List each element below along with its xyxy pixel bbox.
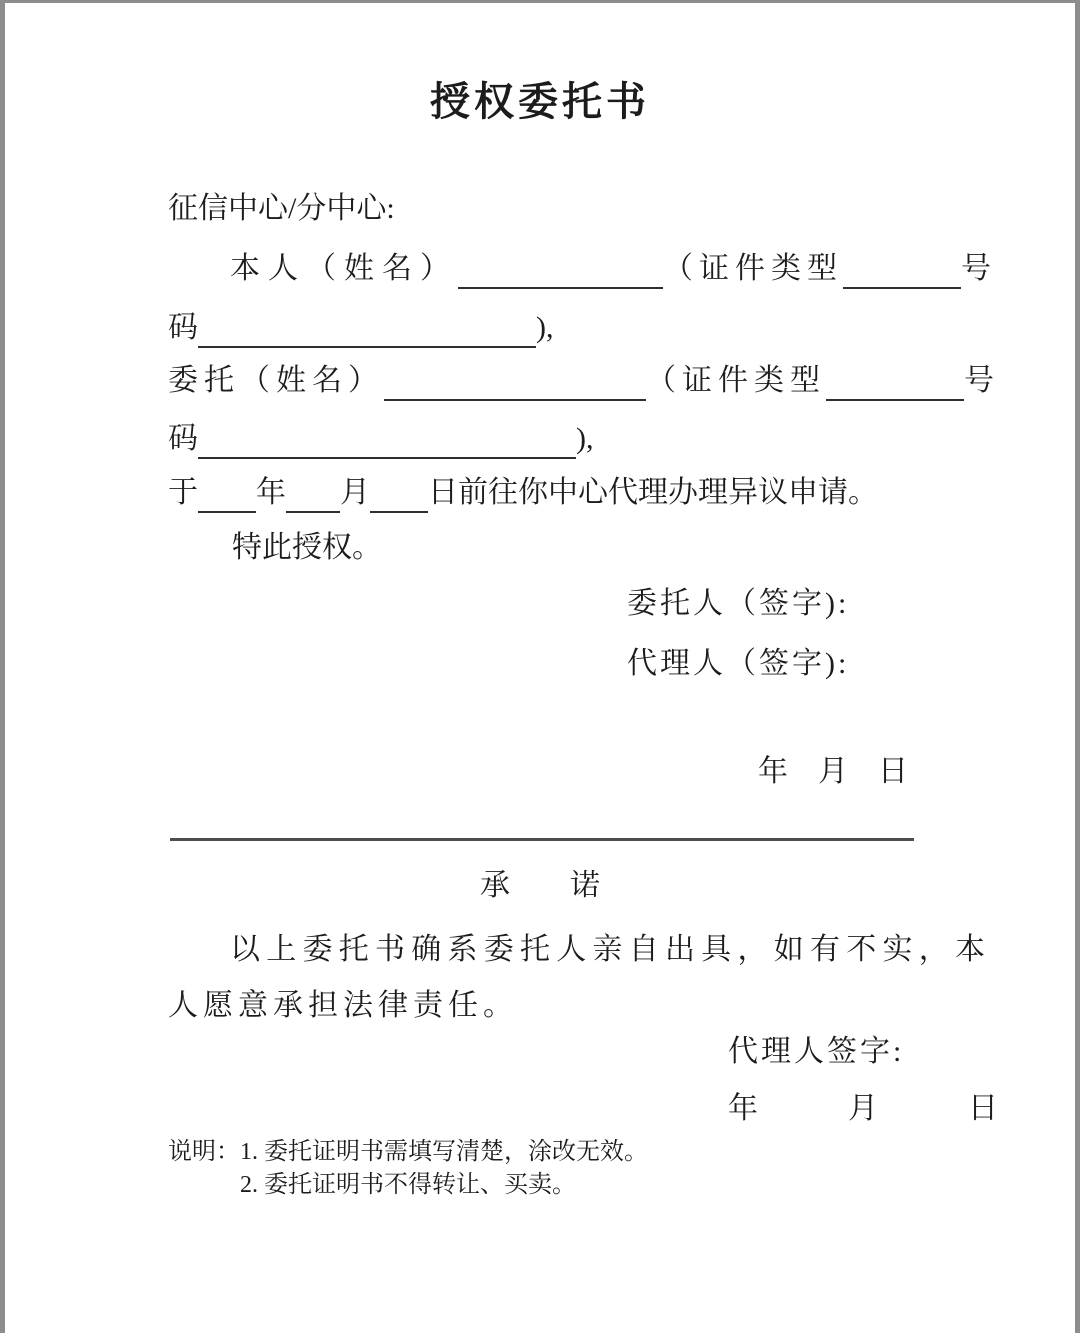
notes-list: 1. 委托证明书需填写清楚，涂改无效。 2. 委托证明书不得转让、买卖。: [240, 1136, 648, 1202]
visit-prefix: 于: [168, 476, 198, 509]
agent-signature-text: 代理人（签字):: [627, 647, 849, 680]
promise-body-paragraph: 以上委托书确系委托人亲自出具，如有不实，本人愿意承担法律责任。: [168, 922, 990, 1034]
agent-identity-line: 委托（姓名）（证件类型号: [168, 361, 994, 401]
promise-date-line: 年 月 日: [728, 1089, 998, 1129]
authorization-statement: 特此授权。: [232, 528, 382, 568]
agent-close-paren: ),: [576, 422, 594, 455]
principal-signature-text: 委托人（签字):: [627, 587, 849, 620]
visit-month-label: 月: [340, 476, 370, 509]
principal-id-type-label: （证件类型: [663, 252, 843, 285]
principal-id-no-wrap: 码: [168, 311, 198, 344]
agent-signature-label: 代理人（签字):: [627, 644, 849, 684]
scan-edge-top: [0, 0, 1080, 3]
agent-id-no-suffix: 号: [964, 364, 994, 397]
principal-name-label: 本人（姓名）: [230, 252, 458, 285]
document-title: 授权委托书: [0, 70, 1080, 127]
notes-section: 说明： 1. 委托证明书需填写清楚，涂改无效。 2. 委托证明书不得转让、买卖。: [168, 1136, 648, 1202]
scan-edge-right: [1075, 0, 1080, 1333]
section-divider-rule: [170, 838, 914, 841]
promise-heading-text: 承 诺: [480, 869, 600, 902]
salutation-text: 征信中心/分中心:: [168, 192, 395, 225]
principal-signature-label: 委托人（签字):: [627, 584, 849, 624]
promise-agent-signature-label: 代理人签字:: [728, 1032, 904, 1072]
promise-agent-signature-text: 代理人签字:: [728, 1035, 904, 1068]
principal-id-number-blank: [198, 312, 536, 348]
agent-id-no-wrap: 码: [168, 422, 198, 455]
visit-year-blank: [198, 477, 256, 513]
principal-id-no-suffix: 号: [961, 252, 991, 285]
principal-id-number-line: 码),: [168, 308, 554, 348]
signature-date-line: 年 月 日: [758, 752, 908, 792]
agent-name-label: 委托（姓名）: [168, 364, 384, 397]
principal-close-paren: ),: [536, 311, 554, 344]
visit-suffix: 日前往你中心代理办理异议申请。: [428, 476, 878, 509]
note-item-2: 2. 委托证明书不得转让、买卖。: [240, 1169, 648, 1202]
document-page: 授权委托书 征信中心/分中心: 本人（姓名）（证件类型号 码), 委托（姓名）（…: [0, 0, 1080, 1333]
signature-date-text: 年 月 日: [758, 755, 908, 788]
promise-date-text: 年 月 日: [728, 1092, 998, 1125]
agent-name-blank: [384, 365, 646, 401]
agent-id-number-blank: [198, 423, 576, 459]
scan-edge-left: [0, 0, 5, 1333]
agent-id-type-blank: [826, 365, 964, 401]
principal-id-type-blank: [843, 253, 961, 289]
principal-identity-line: 本人（姓名）（证件类型号: [168, 249, 991, 289]
visit-month-blank: [286, 477, 340, 513]
visit-year-label: 年: [256, 476, 286, 509]
visit-date-line: 于年月日前往你中心代理办理异议申请。: [168, 473, 878, 513]
visit-day-blank: [370, 477, 428, 513]
note-item-1: 1. 委托证明书需填写清楚，涂改无效。: [240, 1136, 648, 1169]
principal-name-blank: [458, 253, 663, 289]
authorization-text: 特此授权。: [232, 531, 382, 564]
notes-label: 说明：: [168, 1136, 240, 1169]
agent-id-number-line: 码),: [168, 419, 594, 459]
promise-heading: 承 诺: [0, 866, 1080, 906]
salutation-line: 征信中心/分中心:: [168, 189, 395, 229]
agent-id-type-label: （证件类型: [646, 364, 826, 397]
